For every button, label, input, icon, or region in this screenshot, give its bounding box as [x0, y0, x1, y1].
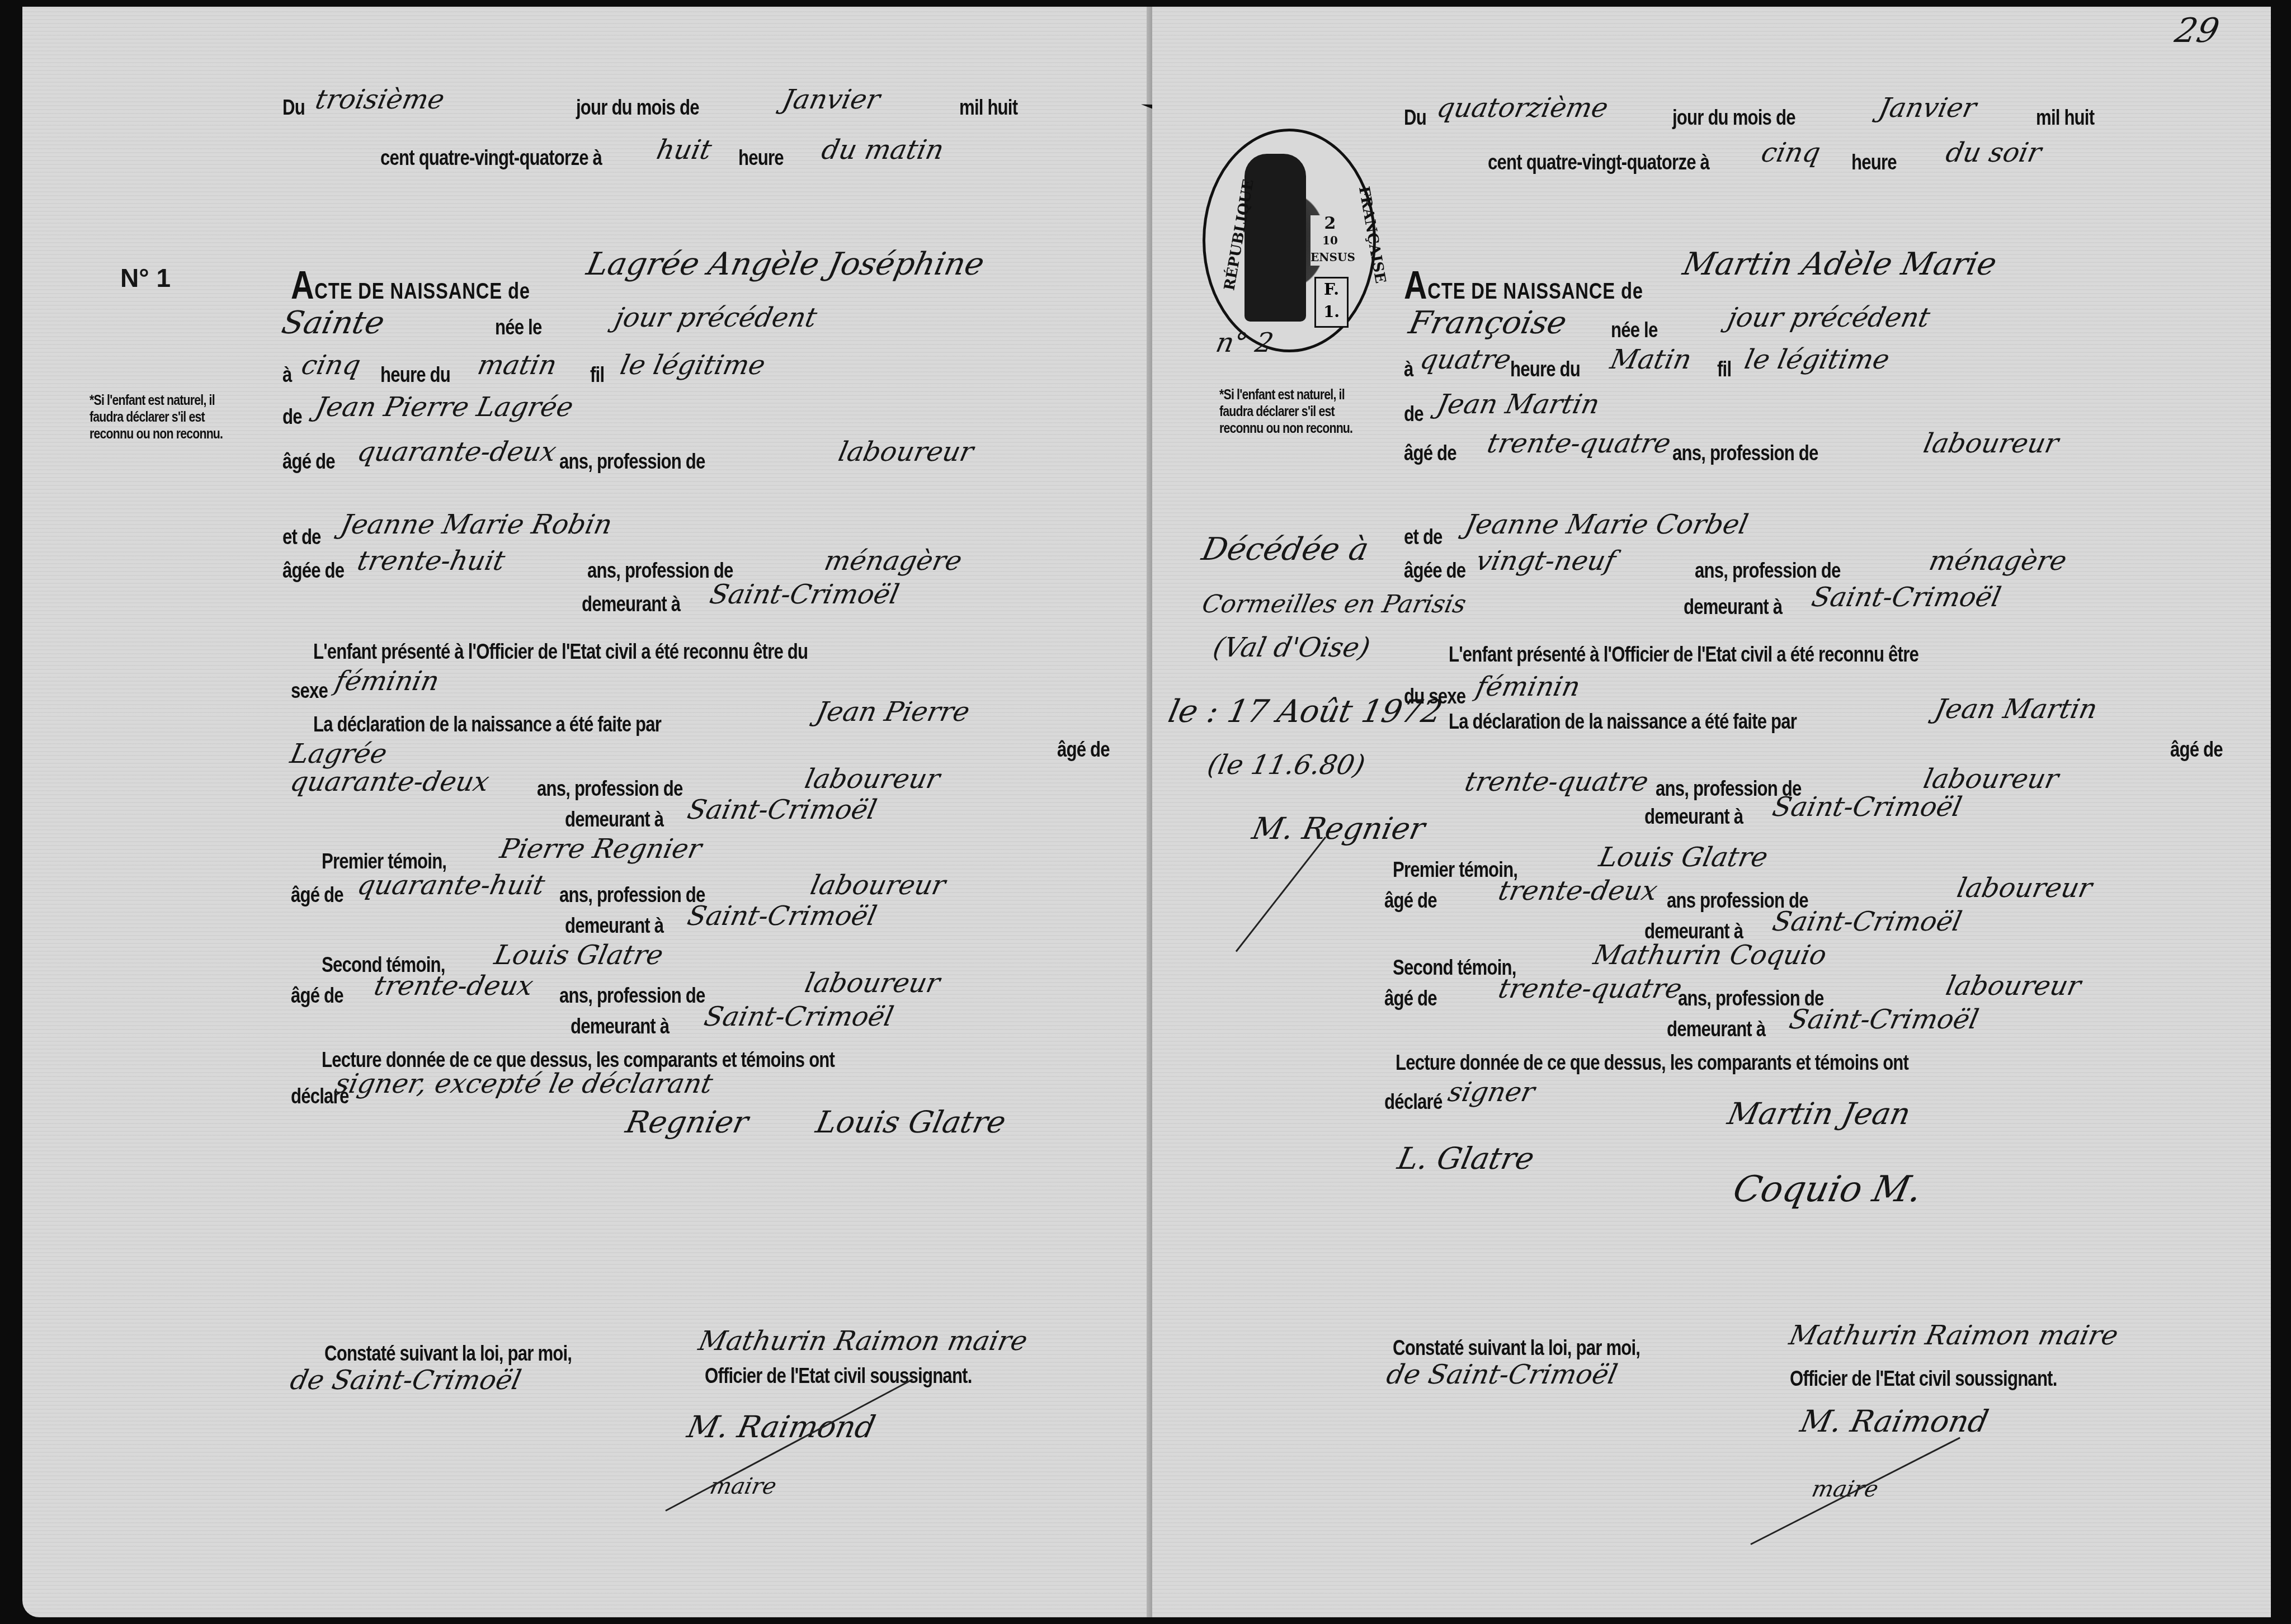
- left-enfant-text: L'enfant présenté à l'Officier de l'Etat…: [313, 640, 808, 664]
- left-father-prof-label: ans, profession de: [559, 450, 705, 474]
- folio-number: 29: [2172, 11, 2223, 50]
- left-act-number: N° 1: [120, 263, 171, 293]
- right-mother-prof: ménagère: [1926, 545, 2070, 577]
- right-heure-label: heure du: [1510, 358, 1580, 382]
- right-lecture-text: Lecture donnée de ce que dessus, les com…: [1396, 1051, 1908, 1075]
- left-sexe: féminin: [332, 665, 442, 697]
- left-declarant-residence-label: demeurant à: [565, 808, 663, 832]
- right-constate-text: Constaté suivant la loi, par moi,: [1393, 1337, 1640, 1361]
- left-declarant-age: quarante-deux: [287, 766, 492, 797]
- right-hour-prefix: à: [1404, 358, 1413, 382]
- left-declarant-prof-label: ans, profession de: [537, 777, 683, 801]
- death-note-line2: Cormeilles en Parisis: [1200, 590, 1469, 619]
- death-note-line5: (le 11.6.80): [1205, 749, 1368, 781]
- left-officer-name: Mathurin Raimon maire: [696, 1325, 1030, 1357]
- left-birth-day: jour précédent: [612, 302, 820, 333]
- left-declarant-prof: laboureur: [802, 763, 943, 795]
- right-declarant-prof: laboureur: [1921, 763, 2062, 795]
- left-date-hour: huit: [654, 134, 714, 166]
- left-witness1-prof-label: ans, profession de: [559, 884, 705, 908]
- left-mother-age: trente-huit: [355, 545, 508, 577]
- left-declarant-2: Lagrée: [287, 738, 390, 769]
- right-witness2-res: Saint-Crimoël: [1786, 1004, 1981, 1035]
- right-witness2-age: trente-quatre: [1496, 973, 1685, 1004]
- right-father-age-label: âgé de: [1404, 442, 1456, 466]
- left-acte-label: ACTE DE NAISSANCE de: [291, 263, 530, 308]
- left-witness1-age-label: âgé de: [291, 884, 343, 908]
- left-witness2-res: Saint-Crimoël: [701, 1001, 896, 1032]
- left-date-suffix: mil huit: [959, 96, 1017, 120]
- right-date-prefix: Du: [1404, 106, 1426, 130]
- right-date-hour: cinq: [1759, 137, 1823, 168]
- left-signature-1: Regnier: [623, 1104, 751, 1140]
- right-mother-prefix: et de: [1404, 526, 1443, 550]
- right-mother-name: Jeanne Marie Corbel: [1462, 509, 1751, 540]
- left-witness1-res: Saint-Crimoël: [685, 900, 879, 932]
- left-margin-note: *Si l'enfant est naturel, il faudra décl…: [89, 391, 227, 442]
- right-witness1-age-label: âgé de: [1384, 889, 1437, 913]
- right-fils-suffix: le légitime: [1742, 344, 1892, 375]
- left-declarant-1: Jean Pierre: [813, 696, 973, 728]
- left-residence-label: demeurant à: [582, 593, 680, 617]
- right-mother-prof-label: ans, profession de: [1695, 559, 1841, 583]
- left-witness2-name: Louis Glatre: [492, 940, 666, 971]
- left-mother-prof: ménagère: [822, 545, 965, 577]
- right-date-month: Janvier: [1876, 92, 1979, 124]
- right-witness2-res-label: demeurant à: [1667, 1018, 1765, 1042]
- left-child-name-1: Lagrée Angèle Joséphine: [583, 246, 988, 282]
- left-date-mid: jour du mois de: [576, 96, 699, 120]
- left-father-prof: laboureur: [836, 436, 977, 468]
- right-enfant-text: L'enfant présenté à l'Officier de l'Etat…: [1449, 643, 1918, 667]
- right-child-name-2: Françoise: [1406, 305, 1570, 341]
- left-officer-title-sig: maire: [708, 1474, 779, 1499]
- right-sexe-label: du sexe: [1404, 685, 1465, 709]
- death-note-signature: M. Regnier: [1249, 811, 1428, 846]
- right-birth-day: jour précédent: [1725, 302, 1933, 333]
- right-witness1-prof: laboureur: [1954, 872, 2095, 904]
- left-witness1-prof: laboureur: [808, 870, 949, 901]
- right-mother-age-label: âgée de: [1404, 559, 1465, 583]
- left-hour-prefix: à: [282, 363, 292, 388]
- left-child-name-2: Sainte: [279, 305, 388, 341]
- right-signature-1: Martin Jean: [1724, 1096, 1913, 1131]
- right-mother-age: vingt-neuf: [1473, 545, 1619, 577]
- left-father-age-label: âgé de: [282, 450, 335, 474]
- right-witness2-age-label: âgé de: [1384, 987, 1437, 1011]
- left-mother-prof-label: ans, profession de: [587, 559, 733, 583]
- left-declaration-text: La déclaration de la naissance a été fai…: [313, 713, 661, 737]
- right-residence: Saint-Crimoël: [1809, 582, 2004, 613]
- right-declare-label: déclaré: [1384, 1090, 1442, 1115]
- right-date-mid: jour du mois de: [1672, 106, 1795, 130]
- left-officer-signature: M. Raimond: [684, 1409, 878, 1444]
- right-date-day: quatorzième: [1434, 92, 1611, 124]
- right-officer-commune: de Saint-Crimoël: [1384, 1359, 1620, 1390]
- right-officer-title-sig: maire: [1809, 1476, 1880, 1502]
- right-father-prof: laboureur: [1921, 428, 2062, 459]
- right-ne-label: née le: [1611, 319, 1657, 343]
- stamp-box: F.1.: [1314, 277, 1349, 328]
- left-date-period: du matin: [819, 134, 946, 166]
- right-fils-label: fil: [1717, 358, 1731, 382]
- death-note-line3: (Val d'Oise): [1210, 632, 1373, 663]
- left-officer-commune: de Saint-Crimoël: [287, 1365, 524, 1396]
- left-declarant-residence: Saint-Crimoël: [685, 794, 879, 825]
- left-mother-name: Jeanne Marie Robin: [338, 509, 615, 540]
- right-father-age: trente-quatre: [1484, 428, 1674, 459]
- left-heure-label: heure du: [380, 363, 450, 388]
- marianne-figure: [1245, 154, 1306, 322]
- left-mother-prefix: et de: [282, 526, 321, 550]
- right-margin-note: *Si l'enfant est naturel, il faudra décl…: [1219, 386, 1357, 436]
- right-declarant-residence: Saint-Crimoël: [1770, 791, 1964, 823]
- left-witness1-name: Pierre Regnier: [497, 833, 704, 865]
- left-birth-period: matin: [475, 350, 560, 381]
- right-witness2-prof: laboureur: [1943, 970, 2084, 1002]
- register-scan: Du troisième jour du mois de Janvier mil…: [0, 0, 2291, 1624]
- right-witness2-label: Second témoin,: [1393, 956, 1516, 980]
- left-residence: Saint-Crimoël: [707, 579, 902, 610]
- right-father-prefix: de: [1404, 403, 1423, 427]
- right-witness1-age: trente-deux: [1496, 875, 1660, 907]
- right-birth-hour: quatre: [1417, 344, 1514, 375]
- left-witness2-age: trente-deux: [371, 970, 536, 1002]
- right-signature-3: Coquio M.: [1729, 1169, 1926, 1210]
- left-witness2-age-label: âgé de: [291, 984, 343, 1008]
- left-birth-hour: cinq: [299, 350, 364, 381]
- right-child-name-1: Martin Adèle Marie: [1680, 246, 2000, 282]
- right-date-heure: heure: [1851, 151, 1897, 175]
- left-mother-age-label: âgée de: [282, 559, 344, 583]
- right-declare-value: signer: [1445, 1077, 1538, 1108]
- left-witness2-prof-label: ans, profession de: [559, 984, 705, 1008]
- right-officer-text: Officier de l'Etat civil soussignant.: [1790, 1367, 2057, 1391]
- left-declare-value: signer, excepté le déclarant: [332, 1068, 715, 1099]
- right-witness1-label: Premier témoin,: [1393, 858, 1517, 882]
- right-declarant-age-label: âgé de: [2170, 738, 2223, 762]
- right-date-line2-prefix: cent quatre-vingt-quatorze à: [1488, 151, 1709, 175]
- left-date-day: troisième: [313, 84, 447, 115]
- right-act-number: n° 2: [1213, 327, 1276, 358]
- right-date-period: du soir: [1943, 137, 2044, 168]
- left-ne-label: née le: [495, 316, 541, 340]
- left-fils-label: fil: [590, 363, 604, 388]
- left-sexe-label: sexe: [291, 679, 328, 704]
- right-witness1-name: Louis Glatre: [1596, 842, 1771, 873]
- right-residence-label: demeurant à: [1684, 596, 1782, 620]
- right-declarant-residence-label: demeurant à: [1644, 805, 1743, 829]
- left-date-line2-prefix: cent quatre-vingt-quatorze à: [380, 147, 602, 171]
- left-officer-text: Officier de l'Etat civil soussignant.: [705, 1365, 972, 1389]
- left-constate-text: Constaté suivant la loi, par moi,: [324, 1342, 572, 1366]
- left-witness2-prof: laboureur: [802, 967, 943, 999]
- revenue-stamp: RÉPUBLIQUE FRANÇAISE 210ENSUS F.1.: [1203, 129, 1376, 352]
- left-signature-2: Louis Glatre: [813, 1104, 1009, 1140]
- left-witness2-res-label: demeurant à: [571, 1015, 669, 1039]
- right-declarant-1: Jean Martin: [1932, 693, 2100, 725]
- left-date-heure: heure: [738, 147, 784, 171]
- left-date-prefix: Du: [282, 96, 305, 120]
- right-witness2-name: Mathurin Coquio: [1591, 940, 1830, 971]
- right-acte-label: ACTE DE NAISSANCE de: [1404, 263, 1643, 308]
- left-date-month: Janvier: [780, 84, 883, 115]
- right-declaration-text: La déclaration de la naissance a été fai…: [1449, 710, 1797, 734]
- right-declarant-age: trente-quatre: [1462, 766, 1651, 797]
- death-note-line1: Décédée à: [1199, 531, 1372, 568]
- left-father-prefix: de: [282, 405, 302, 429]
- left-father-name: Jean Pierre Lagrée: [313, 391, 576, 423]
- right-officer-name: Mathurin Raimon maire: [1786, 1320, 2121, 1351]
- right-father-prof-label: ans, profession de: [1672, 442, 1818, 466]
- left-witness1-age: quarante-huit: [355, 870, 548, 901]
- left-fils-suffix: le légitime: [617, 350, 768, 381]
- left-witness1-res-label: demeurant à: [565, 914, 663, 938]
- right-signature-2: L. Glatre: [1394, 1141, 1538, 1176]
- right-father-name: Jean Martin: [1434, 389, 1602, 420]
- right-date-suffix: mil huit: [2036, 106, 2094, 130]
- left-declarant-age-label: âgé de: [1057, 738, 1110, 762]
- right-birth-period: Matin: [1608, 344, 1694, 375]
- right-sexe: féminin: [1473, 671, 1583, 702]
- right-witness1-res: Saint-Crimoël: [1770, 906, 1964, 937]
- stamp-price: 210ENSUS: [1311, 215, 1350, 266]
- left-father-age: quarante-deux: [355, 436, 559, 468]
- right-officer-signature: M. Raimond: [1797, 1404, 1991, 1439]
